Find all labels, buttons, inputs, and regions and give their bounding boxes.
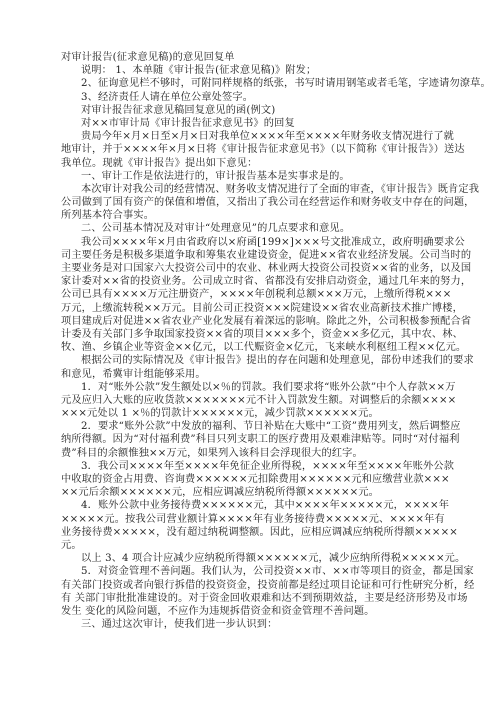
body-line: ×××××元。按我公司营业额计算××××年有业务接待费×××××元、××××年有 <box>61 513 435 526</box>
item-5: 5．对资金管理不善问题。我们认为，公司投资××市、××市等项目的资金，都是国家 <box>61 565 435 578</box>
body-line: ××元后余额××××××元，应相应调减应纳税所得额××××××元。 <box>61 486 435 499</box>
body-line: 我单位。现就《审计报告》提出如下意见： <box>61 157 435 170</box>
body-line: 纳所得额。因为“对付福利费”科目只列支职工的医疗费用及艰难津贴等。同时“对付福利 <box>61 433 435 446</box>
body-line: 家计委对××省的投资业务。公司成立时省、省都没有安排启动资金，通过几年来的努力， <box>61 275 435 288</box>
body-line: 所列基本符合事实。 <box>61 209 435 222</box>
body-line: 有关部门投资或者向银行拆借的投资资金，投资前都是经过项目论证和可行性研究分析，经 <box>61 579 435 592</box>
summary-line: 以上 3、4 项合计应减少应纳税所得额××××××元，减少应纳所得税×××××元… <box>61 552 435 565</box>
body-line: 公司已具有××××万元注册资产，××××年创税利总额×××万元，上缴所得税××× <box>61 288 435 301</box>
item-1: 1．对“账外公款”发生额处以×％的罚款。我们要求将“账外公款”中个人存款××万 <box>61 381 435 394</box>
section-heading-3: 三、通过这次审计，使我们进一步认识到： <box>61 618 435 631</box>
note-2: 2、征询意见栏不够时，可附同样规格的纸张，书写时请用钢笔或者毛笔，字迹请勿潦草。 <box>61 77 435 90</box>
body-line: 元。 <box>61 539 435 552</box>
body-line: 项目建成后对促进××省农业产业化发展有着深远的影响。除此之外，公司积极参预配合省 <box>61 315 435 328</box>
body-line: 我公司××××年×月由省政府以×府函[199×]×××号文批准成立，政府明确要求… <box>61 236 435 249</box>
body-line: 元及应归入大账的应收货款×××××××元不计入罚款发生额。对调整后的余额×××× <box>61 394 435 407</box>
section-heading-1: 一、审计工作是依法进行的，审计报告基本是实事求是的。 <box>61 170 435 183</box>
body-line: 根据公司的实际情况及《审计报告》提出的存在问题和处理意见，部份申述我们的要求 <box>61 354 435 367</box>
body-line: 业务接待费×××××，没有超过纳税调整额。因此，应相应调减应纳税所得额××××× <box>61 526 435 539</box>
body-line: 牧、渔、乡镇企业等资金××亿元，以工代赈资金×亿元，飞来峡水利枢纽工程××亿元。 <box>61 341 435 354</box>
document-page: 对审计报告(征求意见稿)的意见回复单 说明： 1、本单随《审计报告(征求意见稿)… <box>61 51 435 631</box>
body-line: 费”科目的余额惟独××万元，如果列入该科目会浮现很大的红字。 <box>61 447 435 460</box>
item-2: 2．要求“账外公款”中发放的福利、节日补贴在大账中“工资”费用列支，然后调整应 <box>61 420 435 433</box>
body-line: 地审计，并于××××年×月×日将《审计报告征求意见书》（以下简称《审计报告》）送… <box>61 143 435 156</box>
body-line: 和意见，希冀审计组能够采用。 <box>61 368 435 381</box>
body-line: 主要业务是对口国家六大投资公司中的农业、林业两大投资公司投资××省的业务，以及国 <box>61 262 435 275</box>
note-1: 说明： 1、本单随《审计报告(征求意见稿)》附发； <box>61 64 435 77</box>
item-4: 4．账外公款中业务接待费××××××元，其中××××年×××××元，××××年 <box>61 499 435 512</box>
body-line: ×××元处以 1 ×％的罚款计××××××元，减少罚款××××××元。 <box>61 407 435 420</box>
section-heading-2: 二、公司基本情况及对审计“处理意见”的几点要求和意见。 <box>61 222 435 235</box>
item-3: 3．我公司××××年至××××年免征企业所得税，××××年至××××年账外公款 <box>61 460 435 473</box>
body-line: 贵局今年×月×日至×月×日对我单位××××年至××××年财务收支情况进行了就 <box>61 130 435 143</box>
body-line: 本次审计对我公司的经营情况、财务收支情况进行了全面的审查，《审计报告》既肯定我 <box>61 183 435 196</box>
body-line: 中收取的资金占用费、咨询费××××××元扣除费用××××××元和应缴营业款××× <box>61 473 435 486</box>
body-line: 计委及有关部门多争取国家投资××省的项目×××多个，资金××多亿元，其中农、林、 <box>61 328 435 341</box>
body-line: 发生 变化的风险问题，不应作为违规拆借资金和资金管理不善问题。 <box>61 605 435 618</box>
reply-heading: 对××市审计局《审计报告征求意见书》的回复 <box>61 117 435 130</box>
body-line: 司主要任务是积极多渠道争取和筹集农业建设资金，促进××省农业经济发展。公司当时的 <box>61 249 435 262</box>
body-line: 万元，上缴流转税××万元。目前公司正投资×××院建设××省农业高新技术推广博楼， <box>61 302 435 315</box>
body-line: 公司做到了国有资产的保值和增值，又指出了我公司在经营运作和财务收支中存在的问题， <box>61 196 435 209</box>
note-3: 3、经济责任人请在单位公章处签字。 <box>61 91 435 104</box>
letter-subtitle: 对审计报告征求意见稿回复意见的函(例文) <box>61 104 435 117</box>
document-title: 对审计报告(征求意见稿)的意见回复单 <box>61 51 435 64</box>
body-line: 有 关部门审批批准建设的。对于资金回收艰难和达不到预期效益，主要是经济形势及市场 <box>61 592 435 605</box>
